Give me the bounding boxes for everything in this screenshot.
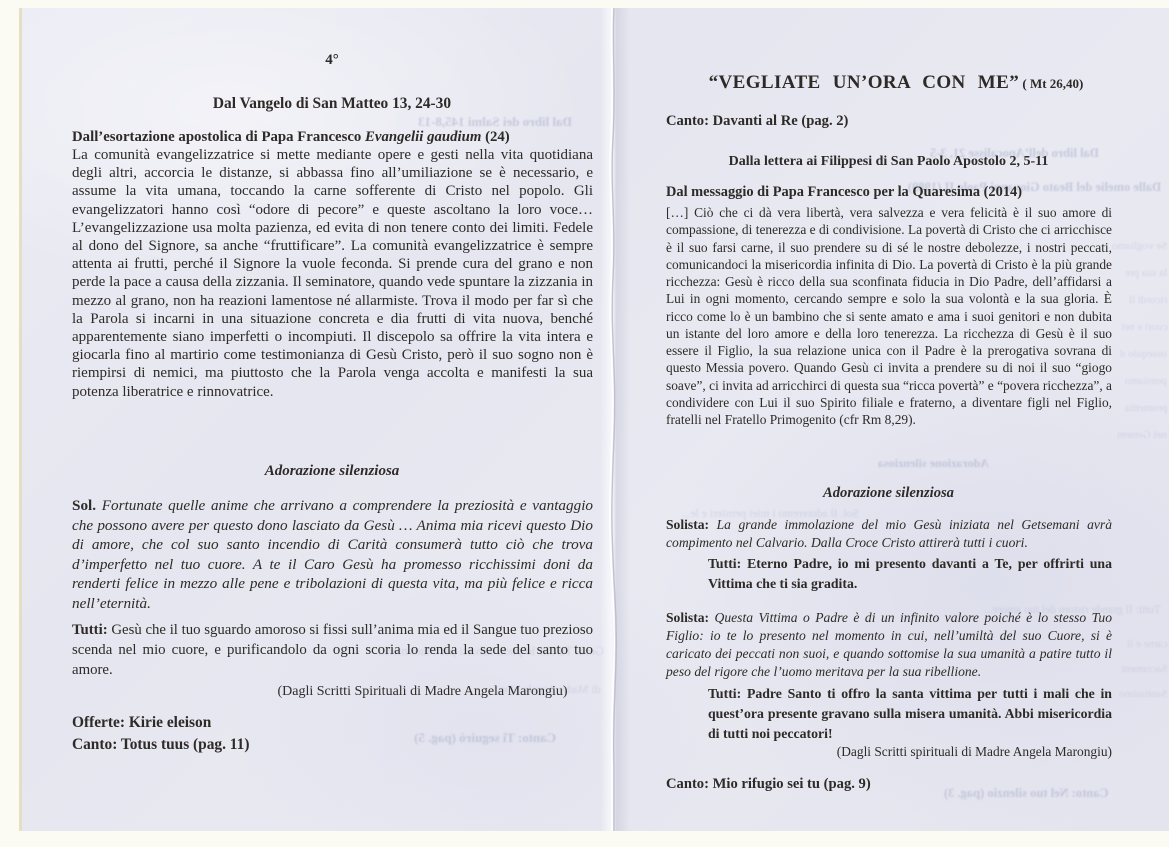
canto-line: Canto: Totus tuus (pag. 11) [72,734,593,756]
bleedthrough-text: possiamo [1125,375,1167,387]
bleedthrough-fragment: promettia [1125,402,1167,414]
bleedthrough-fragment: Adorazione silenziosa [878,456,989,470]
bleedthrough-text: Sacrament [1121,663,1167,675]
all-response-paragraph: Tutti: Gesù che il tuo sguardo amoroso s… [72,620,593,680]
all-text: Eterno Padre, io mi presento davanti a T… [708,556,1112,591]
bleedthrough-fragment: possiamo [1125,375,1167,387]
vigil-title: “VEGLIATE UN’ORA CON ME” ( Mt 26,40) [666,72,1126,94]
all-response-1: Tutti: Eterno Padre, io mi presento dava… [708,554,1112,594]
soloist-paragraph: Sol. Fortunate quelle anime che arrivano… [72,496,593,614]
vigil-title-reference: ( Mt 26,40) [1019,76,1083,91]
letter-heading: Dalla lettera ai Filippesi di San Paolo … [666,154,1111,170]
exhortation-body: La comunità evangelizzatrice si mette me… [72,146,593,401]
adoration-heading: Adorazione silenziosa [666,485,1111,502]
soloist-label: Sol. [72,497,96,514]
offerte-canto-block: Offerte: Kirie eleison Canto: Totus tuus… [72,712,593,755]
bleedthrough-fragment: Se vogliamo [1112,240,1167,252]
bleedthrough-fragment: Santissimo [1119,688,1167,700]
bleedthrough-text: Dal libro dei Salmi 145,8-13 [418,114,572,130]
bleedthrough-fragment: ricordi il [1129,294,1167,306]
scan-margin-left [0,0,19,847]
canto-top-line: Canto: Davanti al Re (pag. 2) [666,113,848,130]
all-text: Padre Santo ti offro la santa vittima pe… [708,686,1112,741]
soloist-label: Solista: [666,610,709,625]
soloist-paragraph-2: Solista: Questa Vittima o Padre è di un … [666,609,1112,681]
message-body: […] Ciò che ci dà vera libertà, vera sal… [666,204,1112,428]
scanned-booklet-sheet: Dal libro dei Salmi 145,8-13 Gesù. Tu ch… [22,8,1169,831]
exhortation-heading: Dall’esortazione apostolica di Papa Fran… [72,129,593,146]
gospel-heading: Dal Vangelo di San Matteo 13, 24-30 [72,95,592,113]
bleedthrough-text: Canto: Nel tuo silenzio (pag. 3) [944,786,1109,801]
soloist-text: Questa Vittima o Padre è di un infinito … [666,610,1112,679]
all-response-2: Tutti: Padre Santo ti offro la santa vit… [708,684,1112,743]
bleedthrough-fragment: cuori e nei [1121,321,1167,333]
bleedthrough-text: la sua pre [1125,267,1167,279]
bleedthrough-text: promettia [1125,402,1167,414]
bleedthrough-text: carne e il [1127,638,1167,650]
offerte-line: Offerte: Kirie eleison [72,712,593,734]
bleedthrough-text: Santissimo [1119,688,1167,700]
attribution: (Dagli Scritti Spirituali di Madre Angel… [252,684,593,700]
all-label: Tutti: [708,686,741,701]
bleedthrough-fragment: la sua pre [1125,267,1167,279]
bleedthrough-fragment: Canto: Nel tuo silenzio (pag. 3) [944,786,1109,800]
bleedthrough-fragment: Sacrament [1121,663,1167,675]
exhortation-work-title: Evangelii gaudium [365,129,481,145]
exhortation-prefix: Dall’esortazione apostolica di Papa Fran… [72,129,365,145]
bleedthrough-text: Se vogliamo [1112,240,1167,252]
page-right: Dal libro dell’Apocalisse 21, 3-5 Dalle … [616,8,1169,831]
bleedthrough-text: ossequio d [1120,348,1167,360]
all-label: Tutti: [708,556,741,571]
soloist-label: Solista: [666,517,709,532]
scanned-document-image: { "left_page": { "page_number": "4°", "g… [0,0,1169,847]
canto-bottom-line: Canto: Mio rifugio sei tu (pag. 9) [666,776,871,793]
bleedthrough-text: Adorazione silenziosa [878,456,989,471]
message-heading: Dal messaggio di Papa Francesco per la Q… [666,184,1022,201]
bleedthrough-fragment: ossequio d [1120,348,1167,360]
adoration-heading: Adorazione silenziosa [72,463,592,480]
scan-margin-top [0,0,1169,8]
bleedthrough-text: cuori e nei [1121,321,1167,333]
vigil-title-text: “VEGLIATE UN’ORA CON ME” [709,72,1020,93]
exhortation-ref: (24) [481,129,509,145]
soloist-text: La grande immolazione del mio Gesù inizi… [666,517,1112,550]
scan-margin-bottom [0,831,1169,847]
bleedthrough-text: nel Getsem [1117,429,1167,441]
all-text: Gesù che il tuo sguardo amoroso si fissi… [72,622,593,678]
attribution: (Dagli Scritti spirituali di Madre Angel… [666,744,1112,760]
page-left: Dal libro dei Salmi 145,8-13 Gesù. Tu ch… [22,8,612,831]
soloist-text: Fortunate quelle anime che arrivano a co… [72,497,593,612]
page-number: 4° [72,52,592,69]
bleedthrough-text: ricordi il [1129,294,1167,306]
soloist-paragraph-1: Solista: La grande immolazione del mio G… [666,516,1112,552]
bleedthrough-fragment: Dal libro dei Salmi 145,8-13 [418,114,572,129]
all-label: Tutti: [72,622,108,638]
bleedthrough-fragment: nel Getsem [1117,429,1167,441]
bleedthrough-fragment: carne e il [1127,638,1167,650]
